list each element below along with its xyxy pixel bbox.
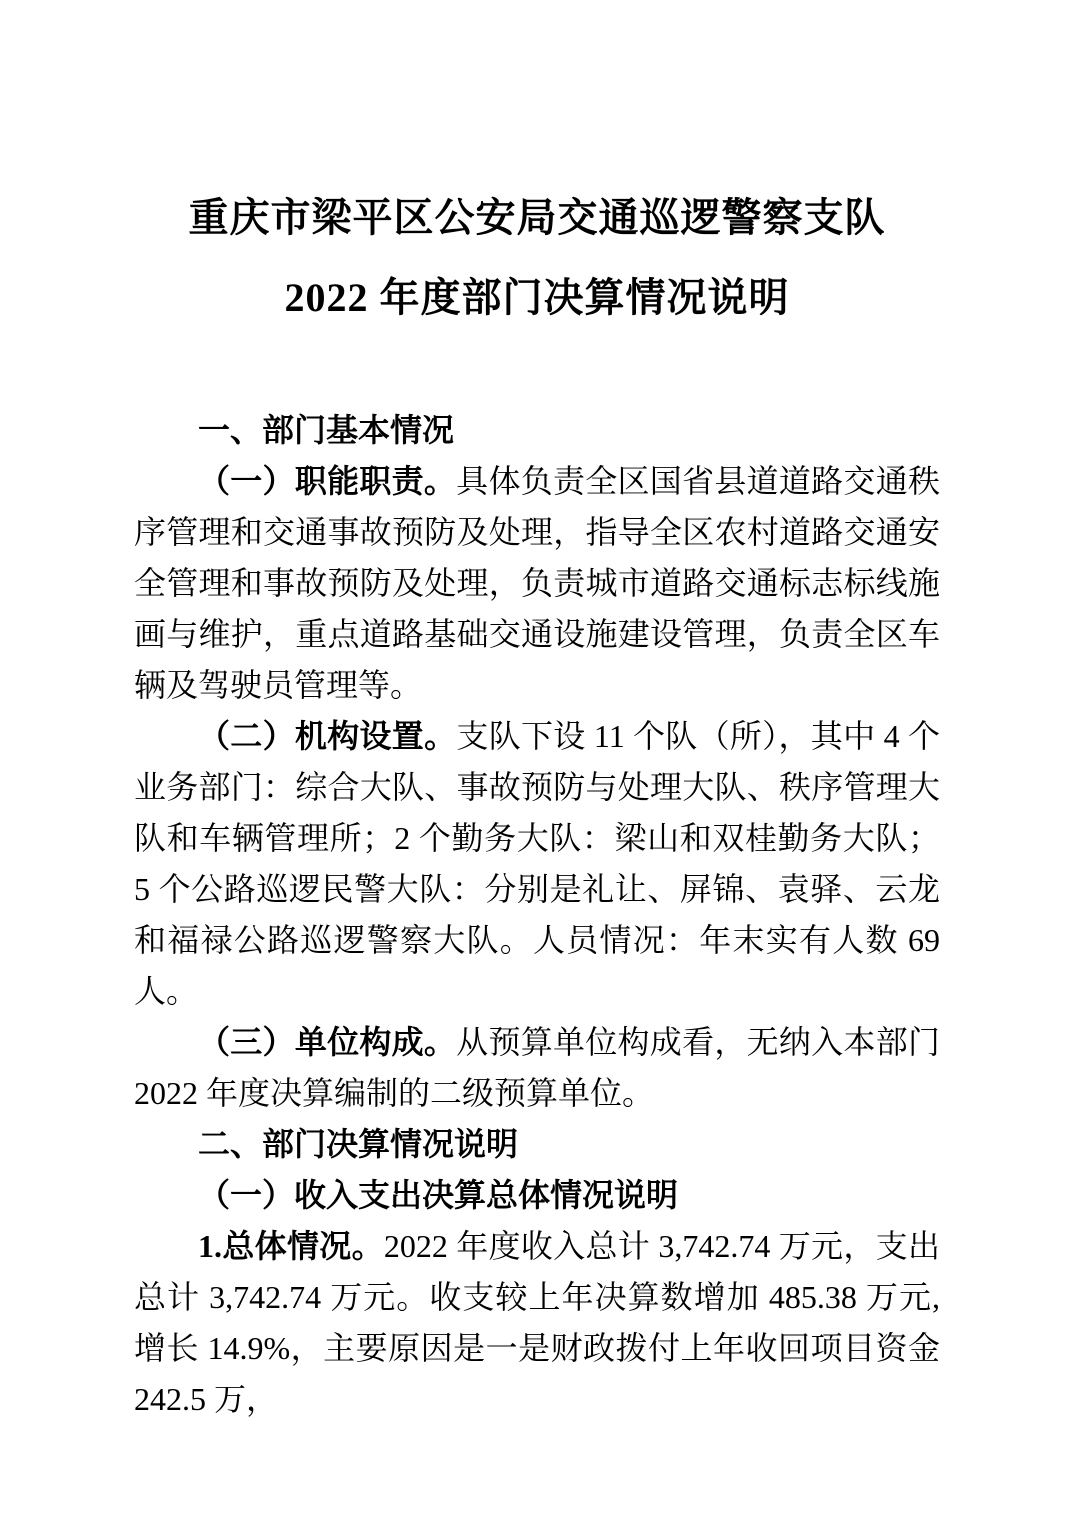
document-content: 重庆市梁平区公安局交通巡逻警察支队 2022 年度部门决算情况说明 一、部门基本…: [134, 178, 940, 1425]
paragraph-overall-situation: 1.总体情况。2022 年度收入总计 3,742.74 万元，支出总计 3,74…: [134, 1221, 940, 1425]
paragraph-unit-composition-lead: （三）单位构成。: [198, 1024, 456, 1060]
paragraph-org-structure-text: 支队下设 11 个队（所），其中 4 个业务部门：综合大队、事故预防与处理大队、…: [134, 718, 940, 1009]
paragraph-duties-lead: （一）职能职责。: [198, 463, 456, 499]
document-title-line1: 重庆市梁平区公安局交通巡逻警察支队: [134, 178, 940, 258]
document-title-line2: 2022 年度部门决算情况说明: [134, 258, 940, 338]
paragraph-duties-text: 具体负责全区国省县道道路交通秩序管理和交通事故预防及处理，指导全区农村道路交通安…: [134, 463, 940, 703]
paragraph-duties: （一）职能职责。具体负责全区国省县道道路交通秩序管理和交通事故预防及处理，指导全…: [134, 456, 940, 711]
sub-heading-income-expense-overview: （一）收入支出决算总体情况说明: [134, 1170, 940, 1221]
document-title: 重庆市梁平区公安局交通巡逻警察支队 2022 年度部门决算情况说明: [134, 178, 940, 338]
paragraph-overall-situation-lead: 1.总体情况。: [198, 1228, 384, 1264]
document-page: 重庆市梁平区公安局交通巡逻警察支队 2022 年度部门决算情况说明 一、部门基本…: [0, 0, 1074, 1520]
document-body: 一、部门基本情况 （一）职能职责。具体负责全区国省县道道路交通秩序管理和交通事故…: [134, 405, 940, 1425]
paragraph-unit-composition: （三）单位构成。从预算单位构成看，无纳入本部门 2022 年度决算编制的二级预算…: [134, 1017, 940, 1119]
paragraph-org-structure-lead: （二）机构设置。: [198, 718, 456, 754]
section-heading-basic-info: 一、部门基本情况: [134, 405, 940, 456]
paragraph-org-structure: （二）机构设置。支队下设 11 个队（所），其中 4 个业务部门：综合大队、事故…: [134, 711, 940, 1017]
section-heading-final-accounts: 二、部门决算情况说明: [134, 1119, 940, 1170]
